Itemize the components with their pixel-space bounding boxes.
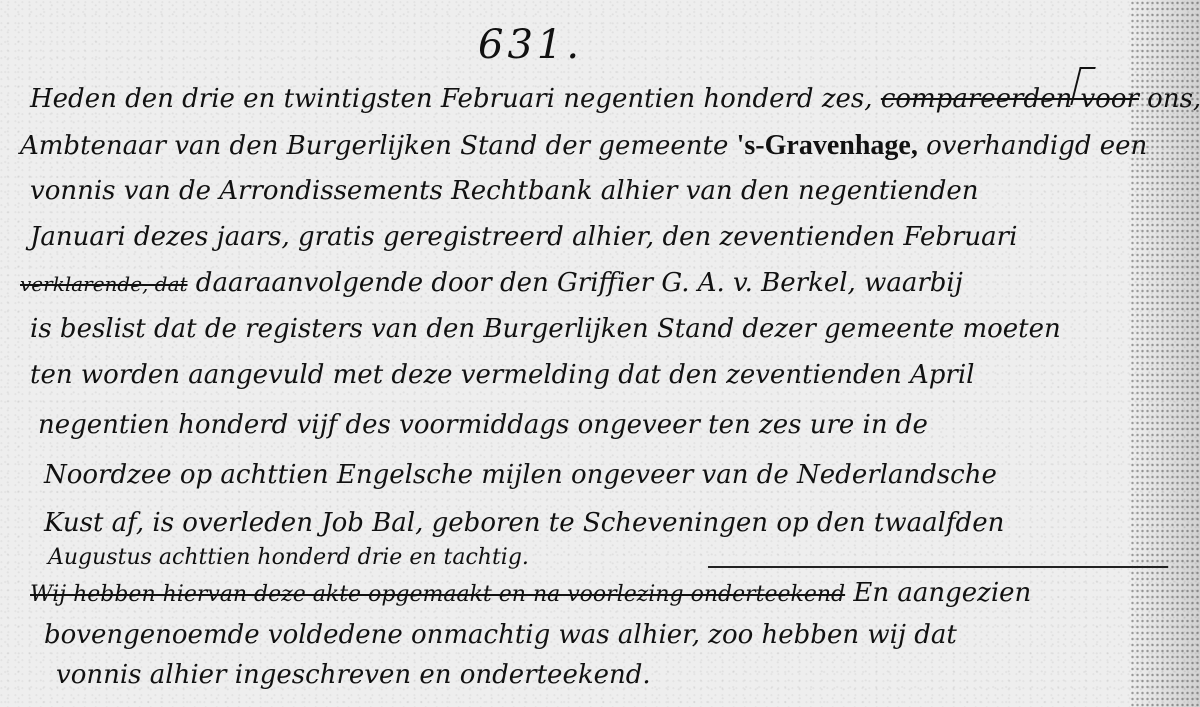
text-line-7: ten worden aangevuld met deze vermelding…: [30, 360, 974, 390]
line-11-text: Augustus achttien honderd drie en tachti…: [48, 545, 529, 570]
line-4-text: Januari dezes jaars, gratis geregistreer…: [30, 222, 1017, 252]
line-3-text: vonnis van de Arrondissements Rechtbank …: [30, 176, 979, 206]
text-line-10: Kust af, is overleden Job Bal, geboren t…: [44, 508, 1004, 538]
line-1-text: Heden den drie en twintigsten Februari n…: [30, 84, 881, 114]
text-line-9: Noordzee op achttien Engelsche mijlen on…: [44, 460, 997, 490]
line-13-text: bovengenoemde voldedene onmachtig was al…: [44, 620, 957, 650]
line-5-text: daaraanvolgende door den Griffier G. A. …: [188, 268, 963, 298]
text-line-12: Wij hebben hiervan deze akte opgemaakt e…: [30, 578, 1031, 608]
line-7-text: ten worden aangevuld met deze vermelding…: [30, 360, 974, 390]
line-2-text-end: overhandigd een: [918, 131, 1147, 161]
scanned-page: 631. Heden den drie en twintigsten Febru…: [0, 0, 1200, 707]
line-6-text: is beslist dat de registers van den Burg…: [30, 314, 1061, 344]
text-line-14: vonnis alhier ingeschreven en onderteeke…: [56, 660, 651, 690]
line-12-text: En aangezien: [845, 578, 1031, 608]
text-line-2: Ambtenaar van den Burgerlijken Stand der…: [20, 130, 1147, 162]
text-line-8: negentien honderd vijf des voormiddags o…: [38, 410, 928, 440]
text-line-13: bovengenoemde voldedene onmachtig was al…: [44, 620, 957, 650]
text-line-6: is beslist dat de registers van den Burg…: [30, 314, 1061, 344]
record-number: 631.: [478, 22, 583, 68]
text-line-3: vonnis van de Arrondissements Rechtbank …: [30, 176, 979, 206]
line-10-text: Kust af, is overleden Job Bal, geboren t…: [44, 508, 1004, 538]
text-line-1: Heden den drie en twintigsten Februari n…: [30, 84, 1200, 114]
text-line-5: verklarende, dat daaraanvolgende door de…: [20, 268, 963, 298]
line-14-text: vonnis alhier ingeschreven en onderteeke…: [56, 660, 651, 690]
municipality-name: 's-Gravenhage,: [737, 130, 918, 161]
line-12-struck-text: Wij hebben hiervan deze akte opgemaakt e…: [30, 582, 845, 607]
line-5-struck-text: verklarende, dat: [20, 272, 188, 296]
line-1-text-end: ons,: [1139, 84, 1200, 114]
text-line-4: Januari dezes jaars, gratis geregistreer…: [30, 222, 1017, 252]
line-1-struck-text: compareerden voor: [881, 84, 1139, 114]
line-8-text: negentien honderd vijf des voormiddags o…: [38, 410, 928, 440]
line-2-text: Ambtenaar van den Burgerlijken Stand der…: [20, 131, 737, 161]
text-line-11: Augustus achttien honderd drie en tachti…: [48, 545, 529, 570]
fill-line: [708, 566, 1168, 568]
line-9-text: Noordzee op achttien Engelsche mijlen on…: [44, 460, 997, 490]
